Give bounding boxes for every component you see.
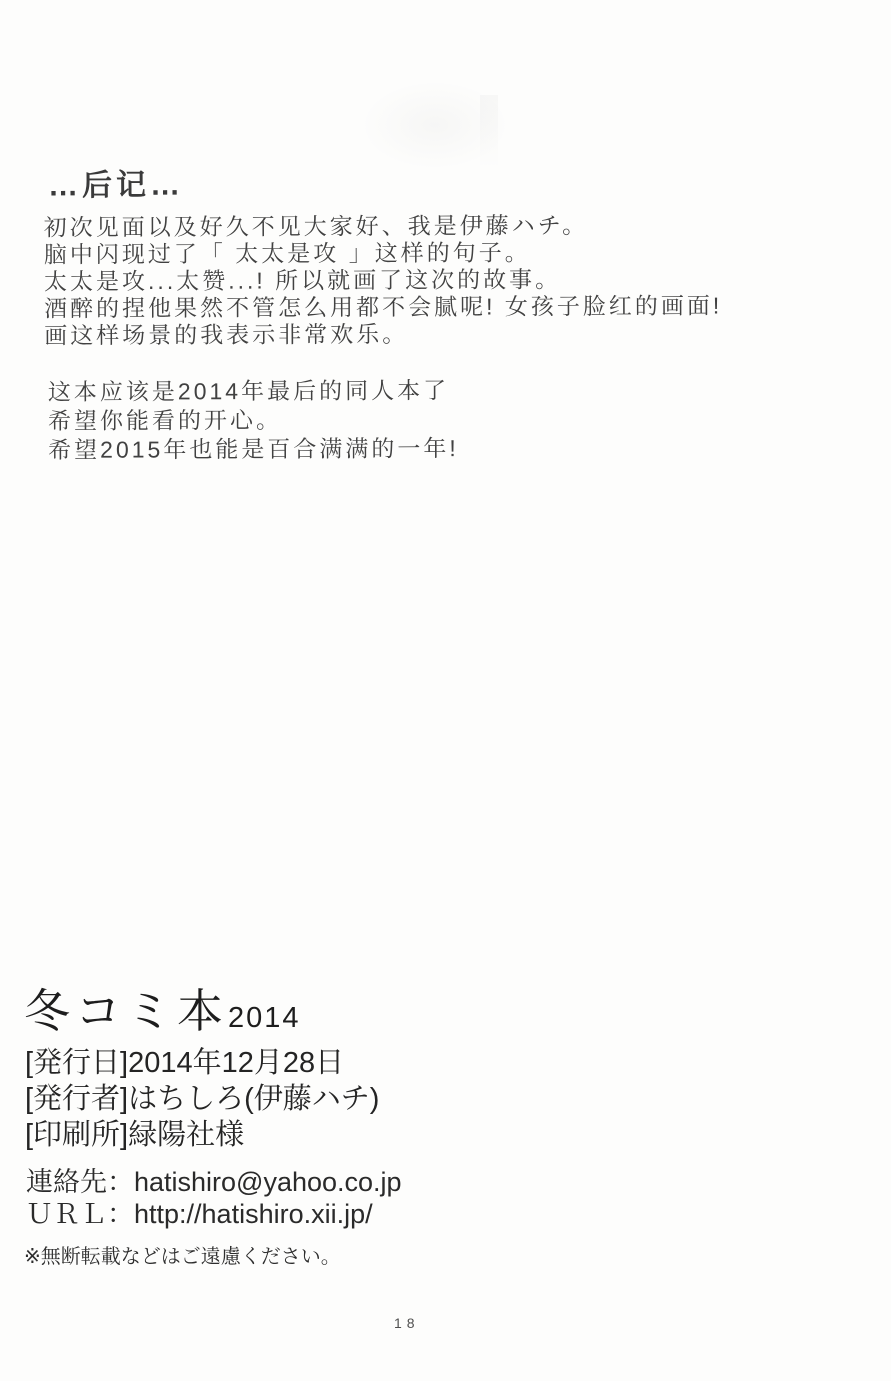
afterword-paragraph-2: 这本应该是2014年最后的同人本了 希望你能看的开心。 希望2015年也能是百合… (48, 376, 459, 465)
printer-line: [印刷所]緑陽社様 (25, 1117, 379, 1153)
book-title: 冬コミ本2014 (24, 975, 301, 1041)
handwritten-line: 这本应该是2014年最后的同人本了 (48, 376, 459, 407)
book-title-year: 2014 (228, 1002, 301, 1034)
handwritten-line: 希望你能看的开心。 (48, 405, 459, 436)
afterword-title: …后记… (48, 160, 184, 205)
handwritten-line: 希望2015年也能是百合满满的一年! (48, 434, 459, 465)
afterword-paragraph-1: 初次见面以及好久不见大家好、我是伊藤ハチ。 脑中闪现过了「 太太是攻 」这样的句… (44, 212, 723, 350)
page-number: 18 (394, 1315, 420, 1331)
book-title-text: 冬コミ本 (24, 985, 228, 1037)
publisher-line: [発行者]はちしろ(伊藤ハチ) (25, 1081, 379, 1117)
handwritten-line: 太太是攻...太赞...! 所以就画了这次的故事。 (44, 266, 722, 296)
scanned-afterword-page: …后记… 初次见面以及好久不见大家好、我是伊藤ハチ。 脑中闪现过了「 太太是攻 … (0, 0, 891, 1381)
handwritten-line: 酒醉的捏他果然不管怎么用都不会腻呢! 女孩子脸红的画面! (44, 293, 722, 323)
handwritten-line: 初次见面以及好久不见大家好、我是伊藤ハチ。 (44, 212, 722, 242)
website-url-line: ＵＲＬ：http://hatishiro.xii.jp/ (26, 1192, 373, 1231)
handwritten-line: 脑中闪现过了「 太太是攻 」这样的句子。 (44, 239, 722, 269)
publish-date-line: [発行日]2014年12月28日 (25, 1045, 379, 1081)
handwritten-line: 画这样场景的我表示非常欢乐。 (44, 320, 722, 350)
reprint-notice: ※無断転載などはご遠慮ください。 (24, 1240, 341, 1269)
colophon-credits: [発行日]2014年12月28日 [発行者]はちしろ(伊藤ハチ) [印刷所]緑陽… (25, 1045, 379, 1153)
scan-smudge (480, 95, 498, 170)
